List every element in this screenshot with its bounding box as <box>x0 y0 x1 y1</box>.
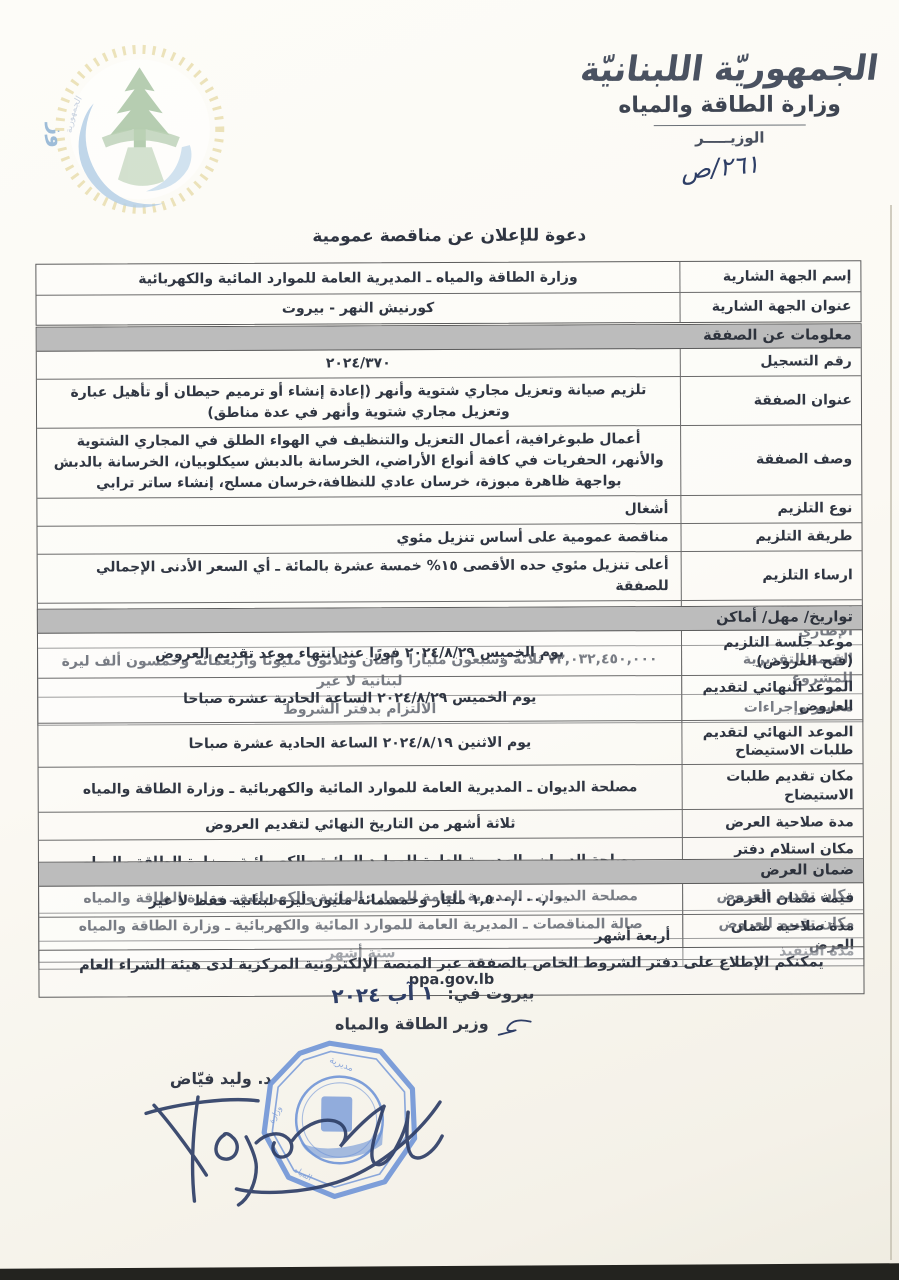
row-label: عنوان الصفقة <box>680 376 861 425</box>
table-row: ارساء التلزيم أعلى تنزيل مئوي حده الأقصى… <box>38 550 862 603</box>
svg-text:مديرية: مديرية <box>328 1055 355 1075</box>
row-value: مصلحة الديوان ـ المديرية العامة للموارد … <box>39 765 682 812</box>
row-label: عنوان الجهة الشارية <box>679 292 860 322</box>
place-and-date: بيروت في: ١ آب ٢٠٢٤ <box>331 984 534 1007</box>
row-label: موعد جلسة التلزيم (فتح العروض) <box>681 630 862 675</box>
row-label: رقم التسجيل <box>680 348 861 376</box>
table-row: عنوان الجهة الشارية كورنيش النهر - بيروت <box>36 291 860 325</box>
row-value: أشغال <box>37 496 680 526</box>
scanned-tender-document: { "header": { "republic": "الجمهوريّة ال… <box>0 0 899 1280</box>
row-value: مناقصة عمومية على أساس تنزيل مئوي <box>38 524 681 554</box>
row-value: يوم الاثنين ٢٠٢٤/٨/١٩ الساعة الحادية عشر… <box>38 721 681 768</box>
handwritten-date: ١ آب ٢٠٢٤ <box>331 980 434 1008</box>
ink-flourish <box>495 1016 535 1038</box>
section-header: تواريخ/ مهل/ أماكن <box>38 606 862 634</box>
scan-page-edge <box>890 205 892 1260</box>
row-label: الموعد النهائي لتقديم طلبات الاستيضاح <box>681 720 862 765</box>
table-row: عنوان الصفقة تلزيم صيانة وتعزيل مجاري شت… <box>37 375 861 428</box>
row-value: يوم الخميس ٢٠٢٤/٨/٢٩ الساعة الحادية عشرة… <box>38 676 681 723</box>
row-label: طريقة التلزيم <box>680 523 861 551</box>
ministry-title: وزارة الطاقة والمياه <box>575 92 885 118</box>
table-row: الموعد النهائي لتقديم طلبات الاستيضاح يو… <box>38 719 862 767</box>
row-value: ٢٠٢٤/٣٧٠ <box>37 349 680 379</box>
logo-bottom-text: وزارة الطاقة والمياه <box>31 29 70 149</box>
document-content: الجمهورية اللبنانية وزارة الطاقة والمياه… <box>0 0 899 1280</box>
table-row: قيمة ضمان العرض ١,٥٠٠,٠٠٠,٠٠٠ مليار وخمس… <box>39 883 863 917</box>
minister-signature <box>140 1082 461 1213</box>
row-label: نوع التلزيم <box>680 495 861 523</box>
minister-title-line: وزير الطاقة والمياه <box>335 1012 535 1035</box>
table-row: مدة صلاحية العرض ثلاثة أشهر من التاريخ ا… <box>39 808 863 840</box>
row-value: تلزيم صيانة وتعزيل مجاري شتوية وأنهر (إع… <box>37 377 680 428</box>
ministry-logo: الجمهورية اللبنانية وزارة الطاقة والمياه <box>31 29 247 240</box>
row-label: ارساء التلزيم <box>681 551 862 600</box>
table-row: رقم التسجيل ٢٠٢٤/٣٧٠ <box>37 348 861 379</box>
table-row: موعد جلسة التلزيم (فتح العروض) يوم الخمي… <box>38 630 862 677</box>
buyer-table: إسم الجهة الشارية وزارة الطاقة والمياه ـ… <box>35 260 861 326</box>
section-header: ضمان العرض <box>39 859 863 887</box>
row-value: يوم الخميس ٢٠٢٤/٨/٢٩ فورًا عند انتهاء مو… <box>38 631 681 678</box>
row-label: وصف الصفقة <box>680 425 861 495</box>
row-label: إسم الجهة الشارية <box>679 261 860 292</box>
letterhead: الجمهوريّة اللبنانيّة وزارة الطاقة والمي… <box>574 48 885 182</box>
table-row: طريقة التلزيم مناقصة عمومية على أساس تنز… <box>37 522 861 554</box>
letterhead-rule <box>654 124 806 126</box>
place-label: بيروت في: <box>447 984 534 1003</box>
document-title: دعوة للإعلان عن مناقصة عمومية <box>36 224 862 248</box>
row-value: ١,٥٠٠,٠٠٠,٠٠٠ مليار وخمسمائة مليون ليرة … <box>39 884 682 917</box>
minister-signature-title: وزير الطاقة والمياه <box>335 1013 489 1033</box>
table-row: وصف الصفقة أعمال طبوغرافية، أعمال التعزي… <box>37 424 861 498</box>
republic-title: الجمهوريّة اللبنانيّة <box>572 47 888 90</box>
row-label: قيمة ضمان العرض <box>682 883 863 914</box>
table-row: إسم الجهة الشارية وزارة الطاقة والمياه ـ… <box>36 261 860 295</box>
row-label: مكان تقديم طلبات الاستيضاح <box>682 765 863 810</box>
row-value: وزارة الطاقة والمياه ـ المديرية العامة ل… <box>36 262 679 295</box>
table-row: الموعد النهائي لتقديم العروض يوم الخميس … <box>38 674 862 722</box>
row-value: كورنيش النهر - بيروت <box>36 293 679 325</box>
section-header: معلومات عن الصفقة <box>37 324 861 352</box>
handwritten-reference-number: ٢٦١/ص <box>574 139 865 194</box>
row-label: مدة صلاحية العرض <box>682 809 863 837</box>
row-value: أعمال طبوغرافية، أعمال التعزيل والتنظيف … <box>37 426 680 498</box>
row-value: أعلى تنزيل مئوي حده الأقصى ١٥% خمسة عشرة… <box>38 552 681 603</box>
row-label: الموعد النهائي لتقديم العروض <box>681 675 862 720</box>
row-value: ثلاثة أشهر من التاريخ النهائي لتقديم الع… <box>39 810 682 840</box>
table-row: نوع التلزيم أشغال <box>37 494 861 526</box>
table-row: مكان تقديم طلبات الاستيضاح مصلحة الديوان… <box>39 764 863 812</box>
